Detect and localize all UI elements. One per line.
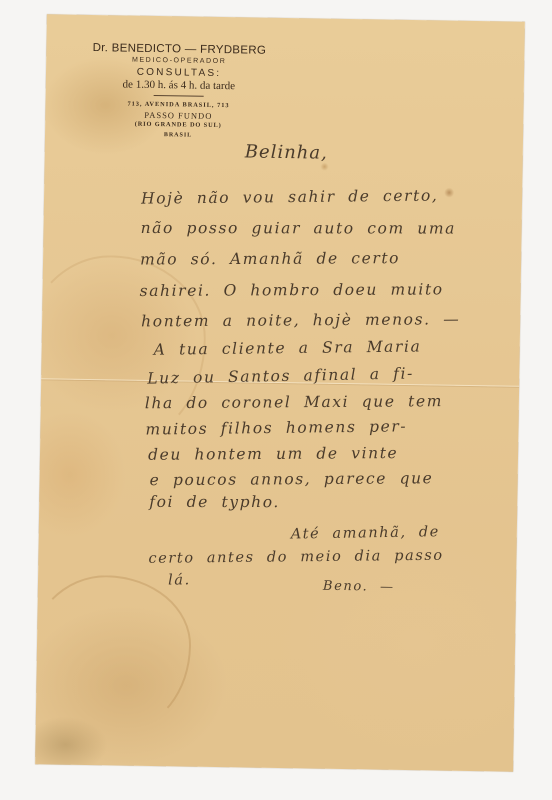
letter-line: hontem a noite, hojè menos. — [141, 310, 460, 330]
letterhead: Dr. BENEDICTO — FRYDBERG MEDICO-OPERADOR… [73, 41, 285, 143]
letter-line: muitos filhos homens per- [145, 417, 407, 438]
letter-paper: Dr. BENEDICTO — FRYDBERG MEDICO-OPERADOR… [35, 14, 525, 771]
letter-line: lha do coronel Maxi que tem [145, 392, 443, 412]
closing-line: lá. [168, 572, 191, 588]
letter-line: mão só. Amanhã de certo [140, 249, 400, 268]
closing-line: Até amanhã, de [291, 524, 440, 542]
letter-line: sahirei. O hombro doeu muito [140, 280, 444, 300]
closing-line: certo antes do meio dia passo [148, 548, 443, 567]
letter-line: não posso guiar auto com uma [141, 219, 456, 238]
letter-line: Hojè não vou sahir de certo, [141, 187, 438, 208]
letterhead-divider [154, 95, 204, 97]
water-stain [26, 574, 192, 731]
letter-line: deu hontem um de vinte [148, 444, 398, 464]
letter-line: foi de typho. [149, 493, 280, 511]
letter-line: e poucos annos, parece que [150, 469, 434, 489]
signature: Beno. — [323, 579, 395, 595]
letter-line: A tua cliente a Sra Maria [154, 337, 422, 358]
consultation-hours: de 1.30 h. ás 4 h. da tarde [74, 78, 284, 94]
salutation: Belinha, [245, 141, 328, 163]
